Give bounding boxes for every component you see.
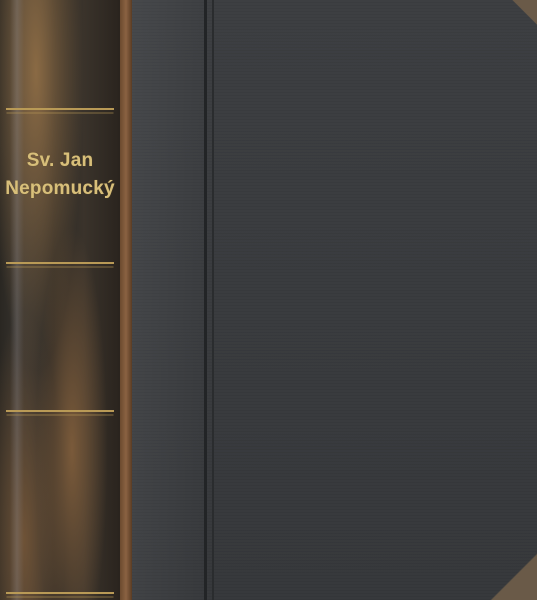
spine-title-line-2: Nepomucký: [0, 178, 120, 200]
spine-edge: [120, 0, 132, 600]
cover-hinge-line: [212, 0, 214, 600]
gilt-band-3: [6, 410, 114, 412]
gilt-band-4: [6, 592, 114, 594]
book-cover: [132, 0, 537, 600]
gilt-band-1: [6, 108, 114, 110]
book-spine: Sv. Jan Nepomucký: [0, 0, 120, 600]
cover-hinge: [204, 0, 207, 600]
book: Sv. Jan Nepomucký: [0, 0, 537, 600]
spine-title-line-1: Sv. Jan: [0, 150, 120, 172]
gilt-band-2: [6, 262, 114, 264]
spine-sheen: [10, 0, 24, 600]
corner-bottom-right: [487, 550, 537, 600]
corner-top-right: [507, 0, 537, 30]
